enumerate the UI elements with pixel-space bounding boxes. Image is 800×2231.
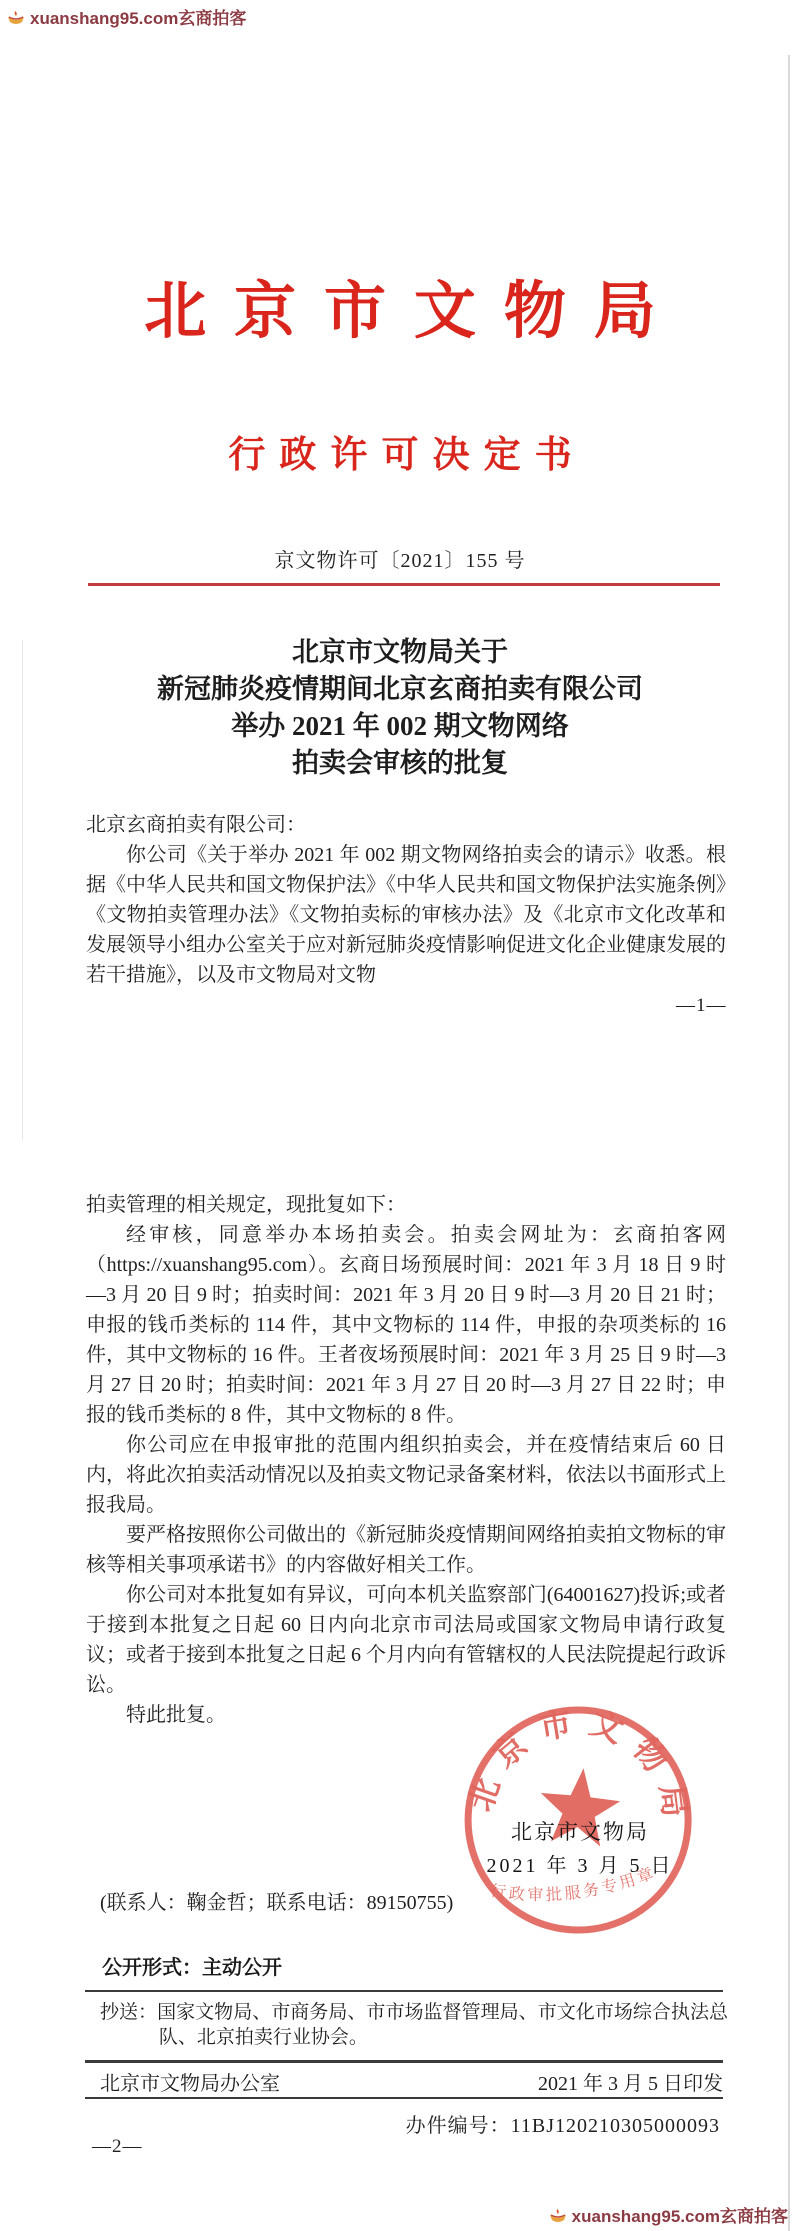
bowl-logo-icon [6, 7, 26, 27]
page2-page-number: —2— [92, 2136, 143, 2158]
page1-page-number: —1— [676, 995, 727, 1017]
watermark-text: xuanshang95.com玄商拍客 [572, 2202, 788, 2227]
doc-id: 办件编号：11BJ120210305000093 [406, 2109, 720, 2138]
document-title: 北京市文物局关于 新冠肺炎疫情期间北京玄商拍卖有限公司 举办 2021 年 00… [80, 634, 720, 782]
letterhead-agency-title: 北京市文物局 [0, 278, 800, 346]
footer-row: 北京市文物局办公室 2021 年 3 月 5 日印发 [100, 2067, 723, 2096]
signature-date: 2021 年 3 月 5 日 [470, 1849, 690, 1878]
page2-paragraph: 拍卖管理的相关规定，现批复如下： [86, 1190, 726, 1220]
document-title-line: 举办 2021 年 002 期文物网络 [80, 708, 720, 745]
letterhead-red-rule [88, 583, 720, 586]
document-title-line: 拍卖会审核的批复 [80, 745, 720, 782]
watermark-bottom: xuanshang95.com玄商拍客 [548, 2202, 788, 2227]
divider-line [85, 2097, 723, 2099]
document-title-line: 新冠肺炎疫情期间北京玄商拍卖有限公司 [80, 671, 720, 708]
scanned-official-document: xuanshang95.com玄商拍客 北京市文物局 行政许可决定书 京文物许可… [0, 0, 800, 2231]
scan-edge-line-left [22, 640, 23, 1140]
cc-line: 抄送：国家文物局、市商务局、市市场监督管理局、市文化市场综合执法总队、北京拍卖行… [100, 2000, 728, 2050]
doc-number: 京文物许可〔2021〕155 号 [0, 544, 800, 573]
divider-line [85, 2060, 723, 2063]
page1-paragraph: 你公司《关于举办 2021 年 002 期文物网络拍卖会的请示》收悉。根据《中华… [86, 840, 726, 990]
salutation: 北京玄商拍卖有限公司： [86, 810, 726, 840]
page2-body: 拍卖管理的相关规定，现批复如下： 经审核，同意举办本场拍卖会。拍卖会网址为：玄商… [86, 1190, 726, 1730]
watermark-text: xuanshang95.com玄商拍客 [30, 4, 246, 29]
scan-edge-line [788, 55, 790, 2231]
signature-org: 北京市文物局 [480, 1816, 680, 1846]
document-title-line: 北京市文物局关于 [80, 634, 720, 671]
publicity-statement: 公开形式：主动公开 [102, 1951, 282, 1980]
page2-paragraph: 你公司对本批复如有异议，可向本机关监察部门(64001627)投诉;或者于接到本… [86, 1580, 726, 1700]
page1-body: 北京玄商拍卖有限公司： 你公司《关于举办 2021 年 002 期文物网络拍卖会… [86, 810, 726, 990]
bowl-logo-icon [548, 2205, 568, 2225]
watermark-top: xuanshang95.com玄商拍客 [6, 4, 246, 29]
letterhead-doc-type: 行政许可决定书 [0, 424, 800, 478]
footer-print-date: 2021 年 3 月 5 日印发 [538, 2067, 723, 2096]
page2-paragraph: 要严格按照你公司做出的《新冠肺炎疫情期间网络拍卖拍文物标的审核等相关事项承诺书》… [86, 1520, 726, 1580]
page2-paragraph: 你公司应在申报审批的范围内组织拍卖会，并在疫情结束后 60 日内，将此次拍卖活动… [86, 1430, 726, 1520]
footer-office: 北京市文物局办公室 [100, 2067, 280, 2096]
page2-paragraph: 经审核，同意举办本场拍卖会。拍卖会网址为：玄商拍客网（https://xuans… [86, 1220, 726, 1430]
divider-line [85, 1990, 723, 1992]
contact-line: (联系人：鞠金哲；联系电话：89150755) [100, 1886, 453, 1915]
